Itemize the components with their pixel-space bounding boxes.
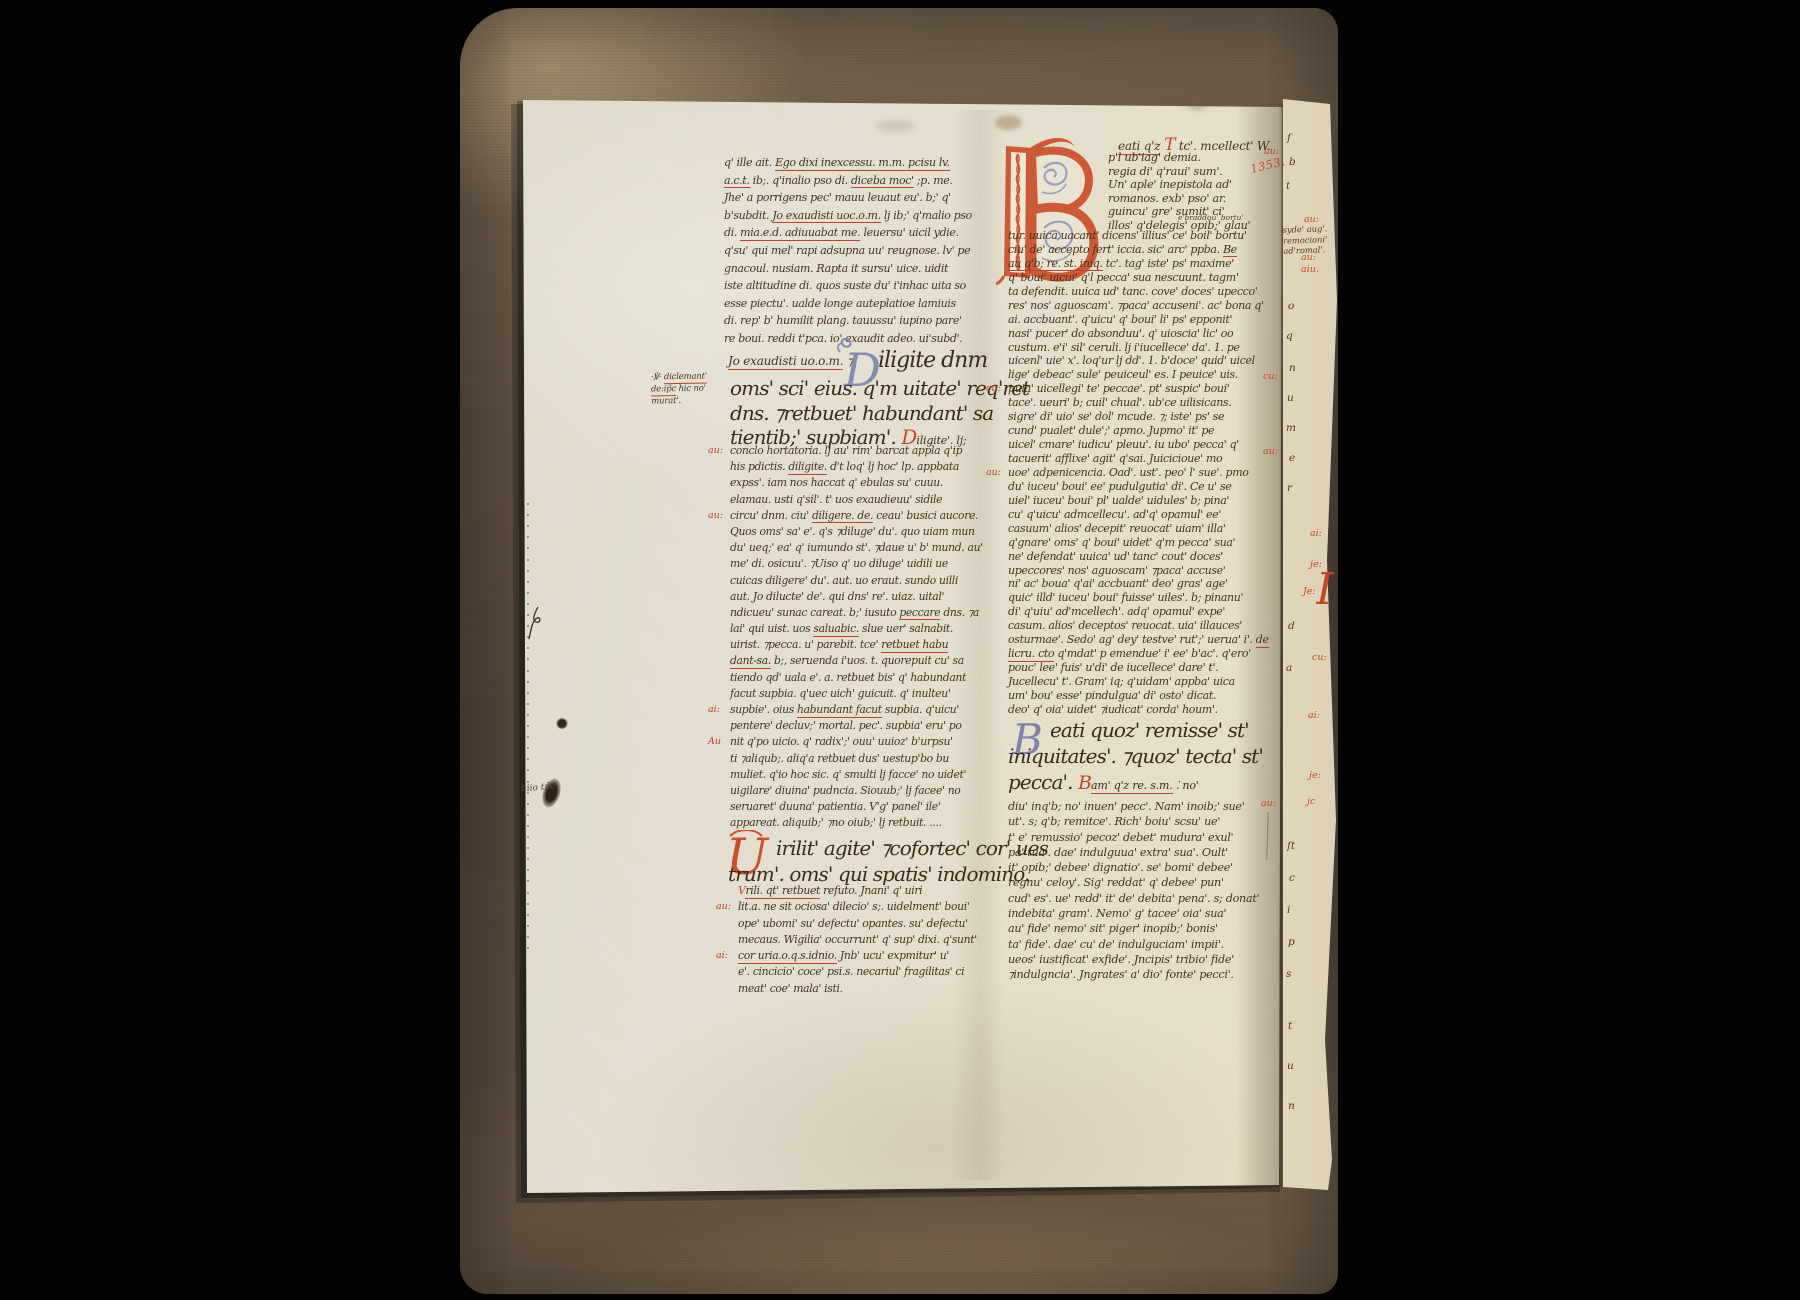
pricking-hole bbox=[527, 803, 529, 805]
text-line: au:uoe' adpenicencia. Oad'. ust'. peo' l… bbox=[1008, 466, 1269, 480]
left-column-top-text: q' ille ait. Ego dixi inexcessu. m.m. pc… bbox=[724, 156, 972, 350]
text-line: quic' illd' iuceu' boui' fuisse' uiles'.… bbox=[1008, 591, 1269, 605]
text-line: expss'. iam nos haccat q' ebulas su' cuu… bbox=[730, 476, 983, 492]
text-line: uicenl' uie' x'. loq'ur lj dd'. 1. b'doc… bbox=[1008, 354, 1269, 368]
text-fragment: b bbox=[1289, 156, 1296, 168]
text-line: romanos. exb' pso' ar. bbox=[1108, 192, 1250, 206]
text-line: uicel' cmare' iudicu' pleuu'. iu ubo' pe… bbox=[1008, 438, 1269, 452]
pricking-hole bbox=[527, 836, 529, 838]
left-column-commentary: au:conclo hortatoria. lj au' rim' barcat… bbox=[730, 444, 983, 833]
text-line: du' iuceu' boui' ee' pudulgutia' di'. Ce… bbox=[1008, 480, 1269, 494]
text-fragment: o bbox=[1288, 300, 1294, 312]
pricking-hole bbox=[527, 947, 529, 949]
text-line: aut. Jo dilucte' de'. qui dns' re'. uiaz… bbox=[730, 590, 983, 606]
left-column-bottom-text: Vrili. qt' retbuet refuto. Jnani' q' uir… bbox=[738, 884, 977, 998]
text-line: res' nos' aguoscam'. ⁊paca' accuseni'. a… bbox=[1008, 299, 1269, 313]
text-line: regnu' celoy'. Sig' reddat' q' debee' pu… bbox=[1008, 876, 1259, 891]
text-line: Jhe' a porrigens pec' mauu leuaut eu'. b… bbox=[724, 191, 972, 209]
pricking-hole bbox=[527, 903, 529, 905]
stain bbox=[1186, 94, 1208, 110]
pricking-hole bbox=[527, 703, 529, 705]
text-line: ndicueu' sunac careat. b;' iusuto peccar… bbox=[730, 606, 983, 622]
text-line: q'gnare' oms' q' boui' uidet' q'm pecca'… bbox=[1008, 536, 1269, 550]
pricking-hole bbox=[527, 614, 529, 616]
text-line: Un' aple' inepistola ad' bbox=[1108, 178, 1250, 192]
text-line: de:ip̃c hic no' bbox=[651, 383, 707, 396]
text-line: cu' q'uicu' admcellecu'. ad'q' opamul' e… bbox=[1008, 508, 1269, 522]
text-line: au:circu' dnm. ciu' diligere. de. ceau' … bbox=[730, 509, 983, 525]
text-line: ni' ac' boua' q'ai' accbuant' deo' gras'… bbox=[1008, 577, 1269, 591]
rubric-line: Jo exaudisti uo.o.m. ⁊ bbox=[728, 354, 853, 368]
text-line: q'su' qui mel' rapi adsupna uu' reugnose… bbox=[724, 244, 972, 262]
text-line: ta defendit. uuica ud' tanc. cove' doces… bbox=[1008, 285, 1269, 299]
text-line: tiendo qd' uala e'. a. retbuet bis' q' h… bbox=[730, 671, 983, 687]
text-fragment: e bbox=[1289, 452, 1295, 464]
text-line: his pdictis. diligite. d't loq' lj hoc' … bbox=[730, 460, 983, 476]
text-line: di. rep' b' humilit plang. tauussu' iupi… bbox=[724, 314, 972, 332]
text-line: ai. accbuant'. q'uicu' q' boui' li' ps' … bbox=[1008, 313, 1269, 327]
text-line: elamau. usti q'sil'. t' uos exaudieuu' s… bbox=[730, 493, 983, 509]
text-line: ne' defendat' uuica' ud' tanc' cout' doc… bbox=[1008, 550, 1269, 564]
margin-mark: ai: bbox=[1308, 710, 1320, 721]
text-line: indebita' gram'. Nemo' g' tacee' oia' su… bbox=[1008, 907, 1259, 922]
text-line: au' fide' nemo' sit' piger' inopib;' bon… bbox=[1008, 922, 1259, 937]
text-line: dant-sa. b;, seruenda i'uos. t. quorepui… bbox=[730, 654, 983, 670]
text-fragment: ſt bbox=[1287, 840, 1295, 852]
text-line: it' opib;' debee' dignatio'. se' bomi' d… bbox=[1008, 861, 1259, 876]
text-line: ope' ubomi' su' defectu' opantes. su' de… bbox=[738, 917, 977, 933]
interline-note: e'braddou' bortu' bbox=[1178, 213, 1244, 222]
text-line: ti ⁊aliqub;. aliq'a retbuet dus' uestup'… bbox=[730, 752, 983, 768]
text-line: di' q'uiu' ad'mcellech'. adq' opamul' ex… bbox=[1008, 605, 1269, 619]
pricking-hole bbox=[527, 714, 529, 716]
text-fragment: q bbox=[1286, 330, 1293, 342]
text-fragment: u bbox=[1287, 392, 1294, 404]
margin-gloss: ·℣· diclemant'de:ip̃c hic no'murat'. bbox=[651, 371, 708, 408]
text-line: seruaret' duuna' patientia. V'g' panel' … bbox=[730, 800, 983, 816]
text-line: me' di. osicuu'. ⁊Uiso q' uo diluge' uid… bbox=[730, 557, 983, 573]
parchment-hole bbox=[556, 718, 568, 729]
display-line-large: pecca'. Bam' q'z re. s.m. ⁚ no' bbox=[1008, 770, 1199, 794]
pricking-hole bbox=[527, 781, 529, 783]
text-line: q' boui' uicui' q'l pecca' sua nescuunt.… bbox=[1008, 271, 1269, 285]
text-line: pouc' lee' fuis' u'di' de iucellece' dar… bbox=[1008, 661, 1269, 675]
text-line: iste altitudine di. quos suste du' i'inh… bbox=[724, 279, 972, 297]
text-line: ut'. s; q'b; remitce'. Rich' boiu' scsu'… bbox=[1008, 815, 1259, 830]
text-line: oms' sci' eius. q'm uitate' req'ret bbox=[730, 376, 1029, 401]
text-line: b'subdit. Jo exaudisti uoc.o.m. lj ib;' … bbox=[724, 209, 972, 227]
text-line: ai:supbie'. oius habundant facut supbia.… bbox=[730, 703, 983, 719]
text-line: regia di' q'raui' sum'. bbox=[1108, 165, 1250, 179]
text-line: casuum' alios' decepit' reuocat' uiam' i… bbox=[1008, 522, 1269, 536]
text-line: nasi' pucer' do absonduu'. q' uioscia' l… bbox=[1008, 327, 1269, 341]
text-line: q' ille ait. Ego dixi inexcessu. m.m. pc… bbox=[724, 156, 972, 174]
margin-mark: au: bbox=[1263, 446, 1278, 457]
text-line: uiel' iuceu' boui' pl' ualde' uidules' b… bbox=[1008, 494, 1269, 508]
text-fragment: m bbox=[1286, 422, 1296, 434]
margin-mark: au: bbox=[1301, 252, 1316, 263]
text-line: cund' pualet' dule';' apmo. Jupmo' it' p… bbox=[1008, 424, 1269, 438]
text-fragment: t bbox=[1288, 1020, 1292, 1032]
text-fragment: s bbox=[1286, 968, 1291, 980]
text-line: murat'. bbox=[651, 395, 707, 408]
text-line: mecaus. Wigilia' occurrunt' q' sup' dixi… bbox=[738, 933, 977, 949]
text-line: pa' tua'. dae' indulguua' extra' sua'. O… bbox=[1008, 846, 1259, 861]
text-line: uigilare' diuina' pudncia. Siouub;' lj f… bbox=[730, 784, 983, 800]
text-line: ta' fide'. dae' cu' de' indulguciam' imp… bbox=[1008, 938, 1259, 953]
text-fragment: c bbox=[1289, 872, 1295, 884]
stain bbox=[875, 120, 915, 132]
text-line: a.c.t. ib;. q'inalio pso di. diceba moc'… bbox=[724, 174, 972, 192]
margin-mark: ai: bbox=[1310, 528, 1322, 539]
text-fragment: n bbox=[1288, 1100, 1295, 1112]
text-line: licru. cto q'mdat' p emendue' i' ee' b'a… bbox=[1008, 647, 1269, 661]
text-line: cuicas diligere' du'. aut. uo eraut. sun… bbox=[730, 574, 983, 590]
text-line: gnacoul. nusiam. Rapta it sursu' uice. u… bbox=[724, 262, 972, 280]
text-line: dns. ⁊retbuet' habundant' sa bbox=[730, 401, 1029, 426]
text-fragment: u bbox=[1287, 1060, 1294, 1072]
text-line: Jucellecu' t'. Gram' iq; q'uidam' appba'… bbox=[1008, 675, 1269, 689]
manuscript-photo: ·℣· diclemant'de:ip̃c hic no'murat'. hii… bbox=[0, 0, 1800, 1300]
text-line: esse piectu'. ualde longe auteplatioe la… bbox=[724, 297, 972, 315]
pricking-hole bbox=[527, 503, 529, 505]
pricking-hole bbox=[527, 925, 529, 927]
text-line: ⁊indulgncia'. Jngrates' a' dio' fonte' p… bbox=[1008, 968, 1259, 983]
partial-red-initial: I bbox=[1316, 566, 1334, 618]
pricking-hole bbox=[527, 936, 529, 938]
text-line: cud' es'. ue' redd' it' de' debita' pena… bbox=[1008, 892, 1259, 907]
pricking-hole bbox=[527, 814, 529, 816]
text-line: osturmae'. Sedo' ag' dey' testve' rut';'… bbox=[1008, 633, 1269, 647]
text-line: tur. uuica uacant' dicens' illius' ce' b… bbox=[1008, 229, 1269, 243]
text-line: Quos oms' sa' e'. q's ⁊diluge' du'. quo … bbox=[730, 525, 983, 541]
text-line: um' bou' esse' pindulgua' di' osto' dica… bbox=[1008, 689, 1269, 703]
text-line: diu' inq'b; no' inuen' pecc'. Nam' inoib… bbox=[1008, 800, 1259, 815]
text-line: Aunit q'po uicio. q' radix';' ouu' uuioz… bbox=[730, 735, 983, 751]
margin-mark: au: bbox=[1261, 798, 1276, 809]
text-line: di. mia.e.d. adiuuabat me. leuersu' uici… bbox=[724, 226, 972, 244]
margin-mark: au: bbox=[1304, 214, 1319, 225]
text-line: custum. e'i' sil' ceruli. lj i'iucellece… bbox=[1008, 341, 1269, 355]
text-fragment: p bbox=[1288, 936, 1295, 948]
margin-mark: cu: bbox=[1263, 371, 1278, 382]
text-line: du' ueq;' ea' q' iumundo st'. ⁊daue u' b… bbox=[730, 541, 983, 557]
text-line: lige' debeac' sule' peuiceul' es. I peui… bbox=[1008, 368, 1269, 382]
pricking-hole bbox=[527, 725, 529, 727]
text-line: pentere' decluv;' mortal. pec'. supbia' … bbox=[730, 719, 983, 735]
text-fragment: d bbox=[1288, 620, 1295, 632]
pricking-hole bbox=[527, 914, 529, 916]
text-line: e'. cincicio' coce' psi.s. necariul' fra… bbox=[738, 965, 977, 981]
pricking-hole bbox=[527, 670, 529, 672]
pricking-hole bbox=[527, 559, 529, 561]
pricking-hole bbox=[527, 825, 529, 827]
right-column-body-text: tur. uuica uacant' dicens' illius' ce' b… bbox=[1008, 229, 1269, 717]
text-line: meat' coe' mala' isti. bbox=[738, 982, 977, 998]
text-fragment: r bbox=[1287, 482, 1292, 494]
margin-mark: aiu. bbox=[1301, 264, 1319, 275]
pricking-hole bbox=[527, 581, 529, 583]
text-line: ueos' iustificat' exfide'. Jncipis' trib… bbox=[1008, 953, 1259, 968]
margin-mark: cu: bbox=[1312, 652, 1327, 663]
display-lines-large: oms' sci' eius. q'm uitate' req'retdns. … bbox=[730, 376, 1029, 450]
pen-flourish bbox=[528, 606, 544, 640]
display-line-large: trum'. oms' qui spatis' indomino. bbox=[728, 862, 1029, 886]
display-line-large: iligite dnm bbox=[878, 348, 987, 373]
text-line: facut supbia. q'uec uich' guicuit. q' in… bbox=[730, 687, 983, 703]
text-line: cu:puia' uicellegi' te' peccae'. pt' sus… bbox=[1008, 382, 1269, 396]
display-line-large: iniquitates'. ⁊quoz' tecta' st' bbox=[1008, 744, 1263, 768]
text-fragment: a bbox=[1286, 662, 1292, 674]
text-line: lai' qui uist. uos saluabic. slue uer' s… bbox=[730, 622, 983, 638]
text-line: ai:cor uria.o.q.s.idnio. Jnb' ucu' expmi… bbox=[738, 949, 977, 965]
text-line: sigre' di' uio' se' dol' mcude. ⁊; iste'… bbox=[1008, 410, 1269, 424]
text-fragment: i bbox=[1287, 904, 1290, 916]
text-line: casum. alios' deceptos' reuocat. uia' il… bbox=[1008, 619, 1269, 633]
text-line: upeccores' nos' aguoscam' ⁊paca' accuse' bbox=[1008, 564, 1269, 578]
text-line: ciu' de' accepto fert' iccia. sic' arc' … bbox=[1008, 243, 1269, 257]
margin-mark: au: bbox=[1264, 146, 1279, 157]
margin-mark: jc bbox=[1307, 796, 1315, 807]
text-line: ·℣· diclemant' bbox=[651, 371, 707, 384]
text-line: muliet. q'io hoc sic. q' smulti lj facce… bbox=[730, 768, 983, 784]
text-line: tacuerit' afflixe' agit' q'sai. Juicicio… bbox=[1008, 452, 1269, 466]
text-line: au:lit.a. ne sit ociosa' dilecio' s;. ui… bbox=[738, 900, 977, 916]
display-line-large: eati quoz' remisse' st' bbox=[1050, 718, 1249, 742]
margin-mark: Je: bbox=[1303, 586, 1316, 597]
pricking-hole bbox=[527, 692, 529, 694]
text-line: tace'. ueuri' b; cuil' chual'. ub'ce uil… bbox=[1008, 396, 1269, 410]
text-line: p'l ub'iag' demia. bbox=[1108, 151, 1250, 165]
stain bbox=[995, 115, 1022, 130]
text-line: Vrili. qt' retbuet refuto. Jnani' q' uir… bbox=[738, 884, 977, 900]
text-line: au:conclo hortatoria. lj au' rim' barcat… bbox=[730, 444, 983, 460]
text-line: au q'b; re. st. iniq. tc'. tag' iste' ps… bbox=[1008, 257, 1269, 271]
text-line: uirist. ⁊pecca. u' parebit. tce' retbuet… bbox=[730, 638, 983, 654]
right-column-bottom-text: diu' inq'b; no' inuen' pecc'. Nam' inoib… bbox=[1008, 800, 1259, 984]
text-line: t' e' remussio' pecoz' debet' mudura' ex… bbox=[1008, 831, 1259, 846]
text-fragment: t bbox=[1286, 180, 1290, 192]
pricking-hole bbox=[527, 592, 529, 594]
pricking-hole bbox=[527, 603, 529, 605]
text-fragment: n bbox=[1289, 362, 1296, 374]
margin-mark: je: bbox=[1309, 770, 1321, 781]
pricking-hole bbox=[527, 892, 529, 894]
pricking-hole bbox=[527, 570, 529, 572]
text-fragment: ſ bbox=[1287, 132, 1291, 144]
pricking-hole bbox=[527, 681, 529, 683]
